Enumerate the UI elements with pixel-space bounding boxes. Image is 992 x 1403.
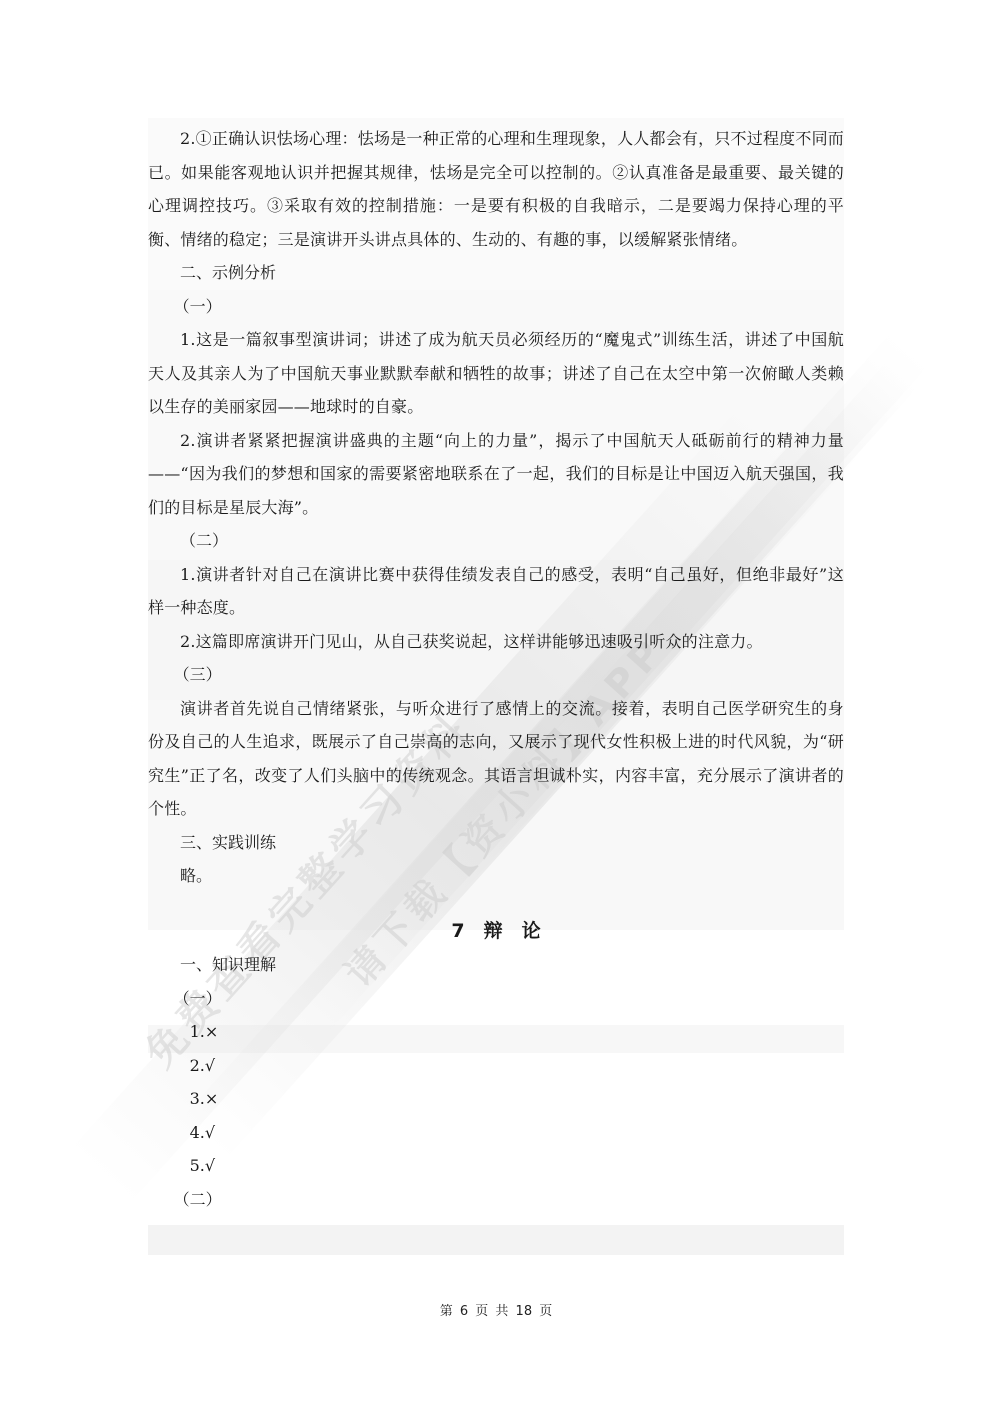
paragraph: 1.这是一篇叙事型演讲词；讲述了成为航天员必须经历的“魔鬼式”训练生活，讲述了中… (148, 323, 844, 424)
shaded-region (148, 1225, 844, 1255)
paragraph: 演讲者首先说自己情绪紧张，与听众进行了感情上的交流。接着，表明自己医学研究生的身… (148, 692, 844, 826)
subsection-label: （二） (148, 1183, 844, 1217)
document-page: 免费查看完整学习资料 请下载【资小料】APP 2.①正确认识怯场心理：怯场是一种… (0, 0, 992, 1403)
paragraph: 2.①正确认识怯场心理：怯场是一种正常的心理和生理现象，人人都会有，只不过程度不… (148, 122, 844, 256)
answer-item: 5.√ (148, 1149, 844, 1183)
paragraph: 1.演讲者针对自己在演讲比赛中获得佳绩发表自己的感受，表明“自己虽好，但绝非最好… (148, 558, 844, 625)
subsection-label: （一） (148, 290, 844, 324)
answer-item: 1.× (148, 1015, 844, 1049)
answer-item: 2.√ (148, 1049, 844, 1083)
paragraph: 2.演讲者紧紧把握演讲盛典的主题“向上的力量”，揭示了中国航天人砥砺前行的精神力… (148, 424, 844, 525)
subsection-label: （一） (148, 982, 844, 1016)
answer-item: 4.√ (148, 1116, 844, 1150)
subsection-label: （三） (148, 658, 844, 692)
paragraph: 2.这篇即席演讲开门见山，从自己获奖说起，这样讲能够迅速吸引听众的注意力。 (148, 625, 844, 659)
document-body: 2.①正确认识怯场心理：怯场是一种正常的心理和生理现象，人人都会有，只不过程度不… (148, 122, 844, 1216)
subsection-label: （二） (148, 524, 844, 558)
paragraph: 略。 (148, 859, 844, 893)
section-heading: 一、知识理解 (148, 948, 844, 982)
section-heading: 三、实践训练 (148, 826, 844, 860)
page-number: 第 6 页 共 18 页 (0, 1300, 992, 1319)
answer-item: 3.× (148, 1082, 844, 1116)
chapter-title: 7 辩 论 (148, 893, 844, 949)
section-heading: 二、示例分析 (148, 256, 844, 290)
